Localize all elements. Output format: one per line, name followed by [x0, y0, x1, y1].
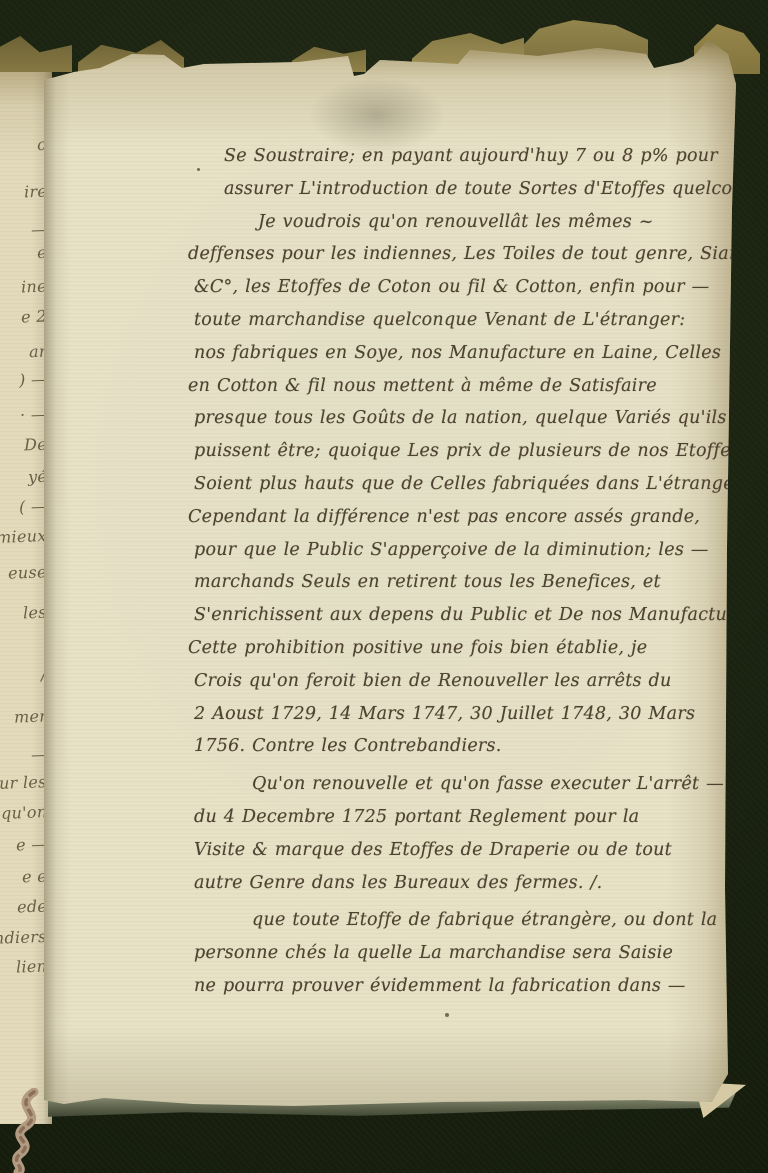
margin-fragment: e 2	[21, 307, 47, 327]
margin-fragment: lien	[15, 956, 47, 976]
ink-speck	[445, 1013, 449, 1017]
torn-edge-fragment	[0, 36, 72, 72]
text-line: personne chés la quelle La marchandise s…	[194, 937, 742, 970]
margin-fragment: e e	[22, 867, 48, 887]
text-line: pour que le Public S'apperçoive de la di…	[194, 534, 742, 567]
text-line: &C°, les Etoffes de Coton ou fil & Cotto…	[194, 271, 742, 304]
text-line: que toute Etoffe de fabrique étrangère, …	[252, 904, 742, 937]
margin-fragment: les	[23, 603, 47, 623]
text-line: Soient plus hauts que de Celles fabriqué…	[194, 468, 742, 501]
text-line: Se Soustraire; en payant aujourd'huy 7 o…	[224, 140, 742, 173]
margin-fragment: andiers	[0, 927, 47, 948]
text-line: toute marchandise quelconque Venant de L…	[194, 304, 742, 337]
margin-fragment: ede	[17, 896, 48, 916]
margin-fragment: ) —	[18, 370, 47, 390]
text-line: du 4 Decembre 1725 portant Reglement pou…	[194, 801, 742, 834]
text-line: deffenses pour les indiennes, Les Toiles…	[188, 238, 742, 271]
text-line: nos fabriques en Soye, nos Manufacture e…	[194, 337, 742, 370]
margin-fragment: mieux	[0, 526, 47, 547]
margin-fragment: e —	[15, 834, 47, 854]
text-line: Cependant la différence n'est pas encore…	[188, 501, 742, 534]
margin-fragment: ( —	[18, 497, 47, 517]
margin-fragment: ine	[21, 277, 47, 297]
archival-photo-background: o ire — e ine e 2 ar ) — · — De yé ( — m…	[0, 0, 768, 1173]
text-line: S'enrichissent aux depens du Public et D…	[194, 599, 742, 632]
margin-fragment: ur les	[0, 772, 47, 793]
text-line: 2 Aoust 1729, 14 Mars 1747, 30 Juillet 1…	[194, 698, 742, 731]
text-line: autre Genre dans les Bureaux des fermes.…	[194, 867, 742, 900]
ink-speck	[197, 168, 200, 171]
margin-fragment: qu'on	[0, 802, 47, 823]
margin-fragment: mer	[13, 706, 47, 726]
text-line: presque tous les Goûts de la nation, que…	[194, 402, 742, 435]
text-line: puissent être; quoique Les prix de plusi…	[194, 435, 742, 468]
text-line: Cette prohibition positive une fois bien…	[188, 632, 742, 665]
margin-fragment: euse	[8, 562, 47, 582]
margin-fragment: · —	[20, 405, 48, 425]
text-line: assurer L'introduction de toute Sortes d…	[224, 173, 742, 206]
text-line: Qu'on renouvelle et qu'on fasse executer…	[252, 768, 742, 801]
text-line: 1756. Contre les Contrebandiers.	[194, 730, 742, 763]
text-line: Crois qu'on feroit bien de Renouveller l…	[194, 665, 742, 698]
text-line: en Cotton & fil nous mettent à même de S…	[188, 370, 742, 403]
text-line: Visite & marque des Etoffes de Draperie …	[194, 834, 742, 867]
text-line: ne pourra prouver évidemment la fabricat…	[194, 970, 742, 1003]
margin-fragment: De	[24, 435, 48, 455]
text-line: marchands Seuls en retirent tous les Ben…	[194, 566, 742, 599]
margin-fragment: ire	[24, 182, 48, 202]
handwritten-text-block: Se Soustraire; en payant aujourd'huy 7 o…	[194, 140, 742, 1003]
manuscript-page: Se Soustraire; en payant aujourd'huy 7 o…	[44, 28, 738, 1114]
text-line: Je voudrois qu'on renouvellât les mêmes …	[258, 206, 742, 239]
